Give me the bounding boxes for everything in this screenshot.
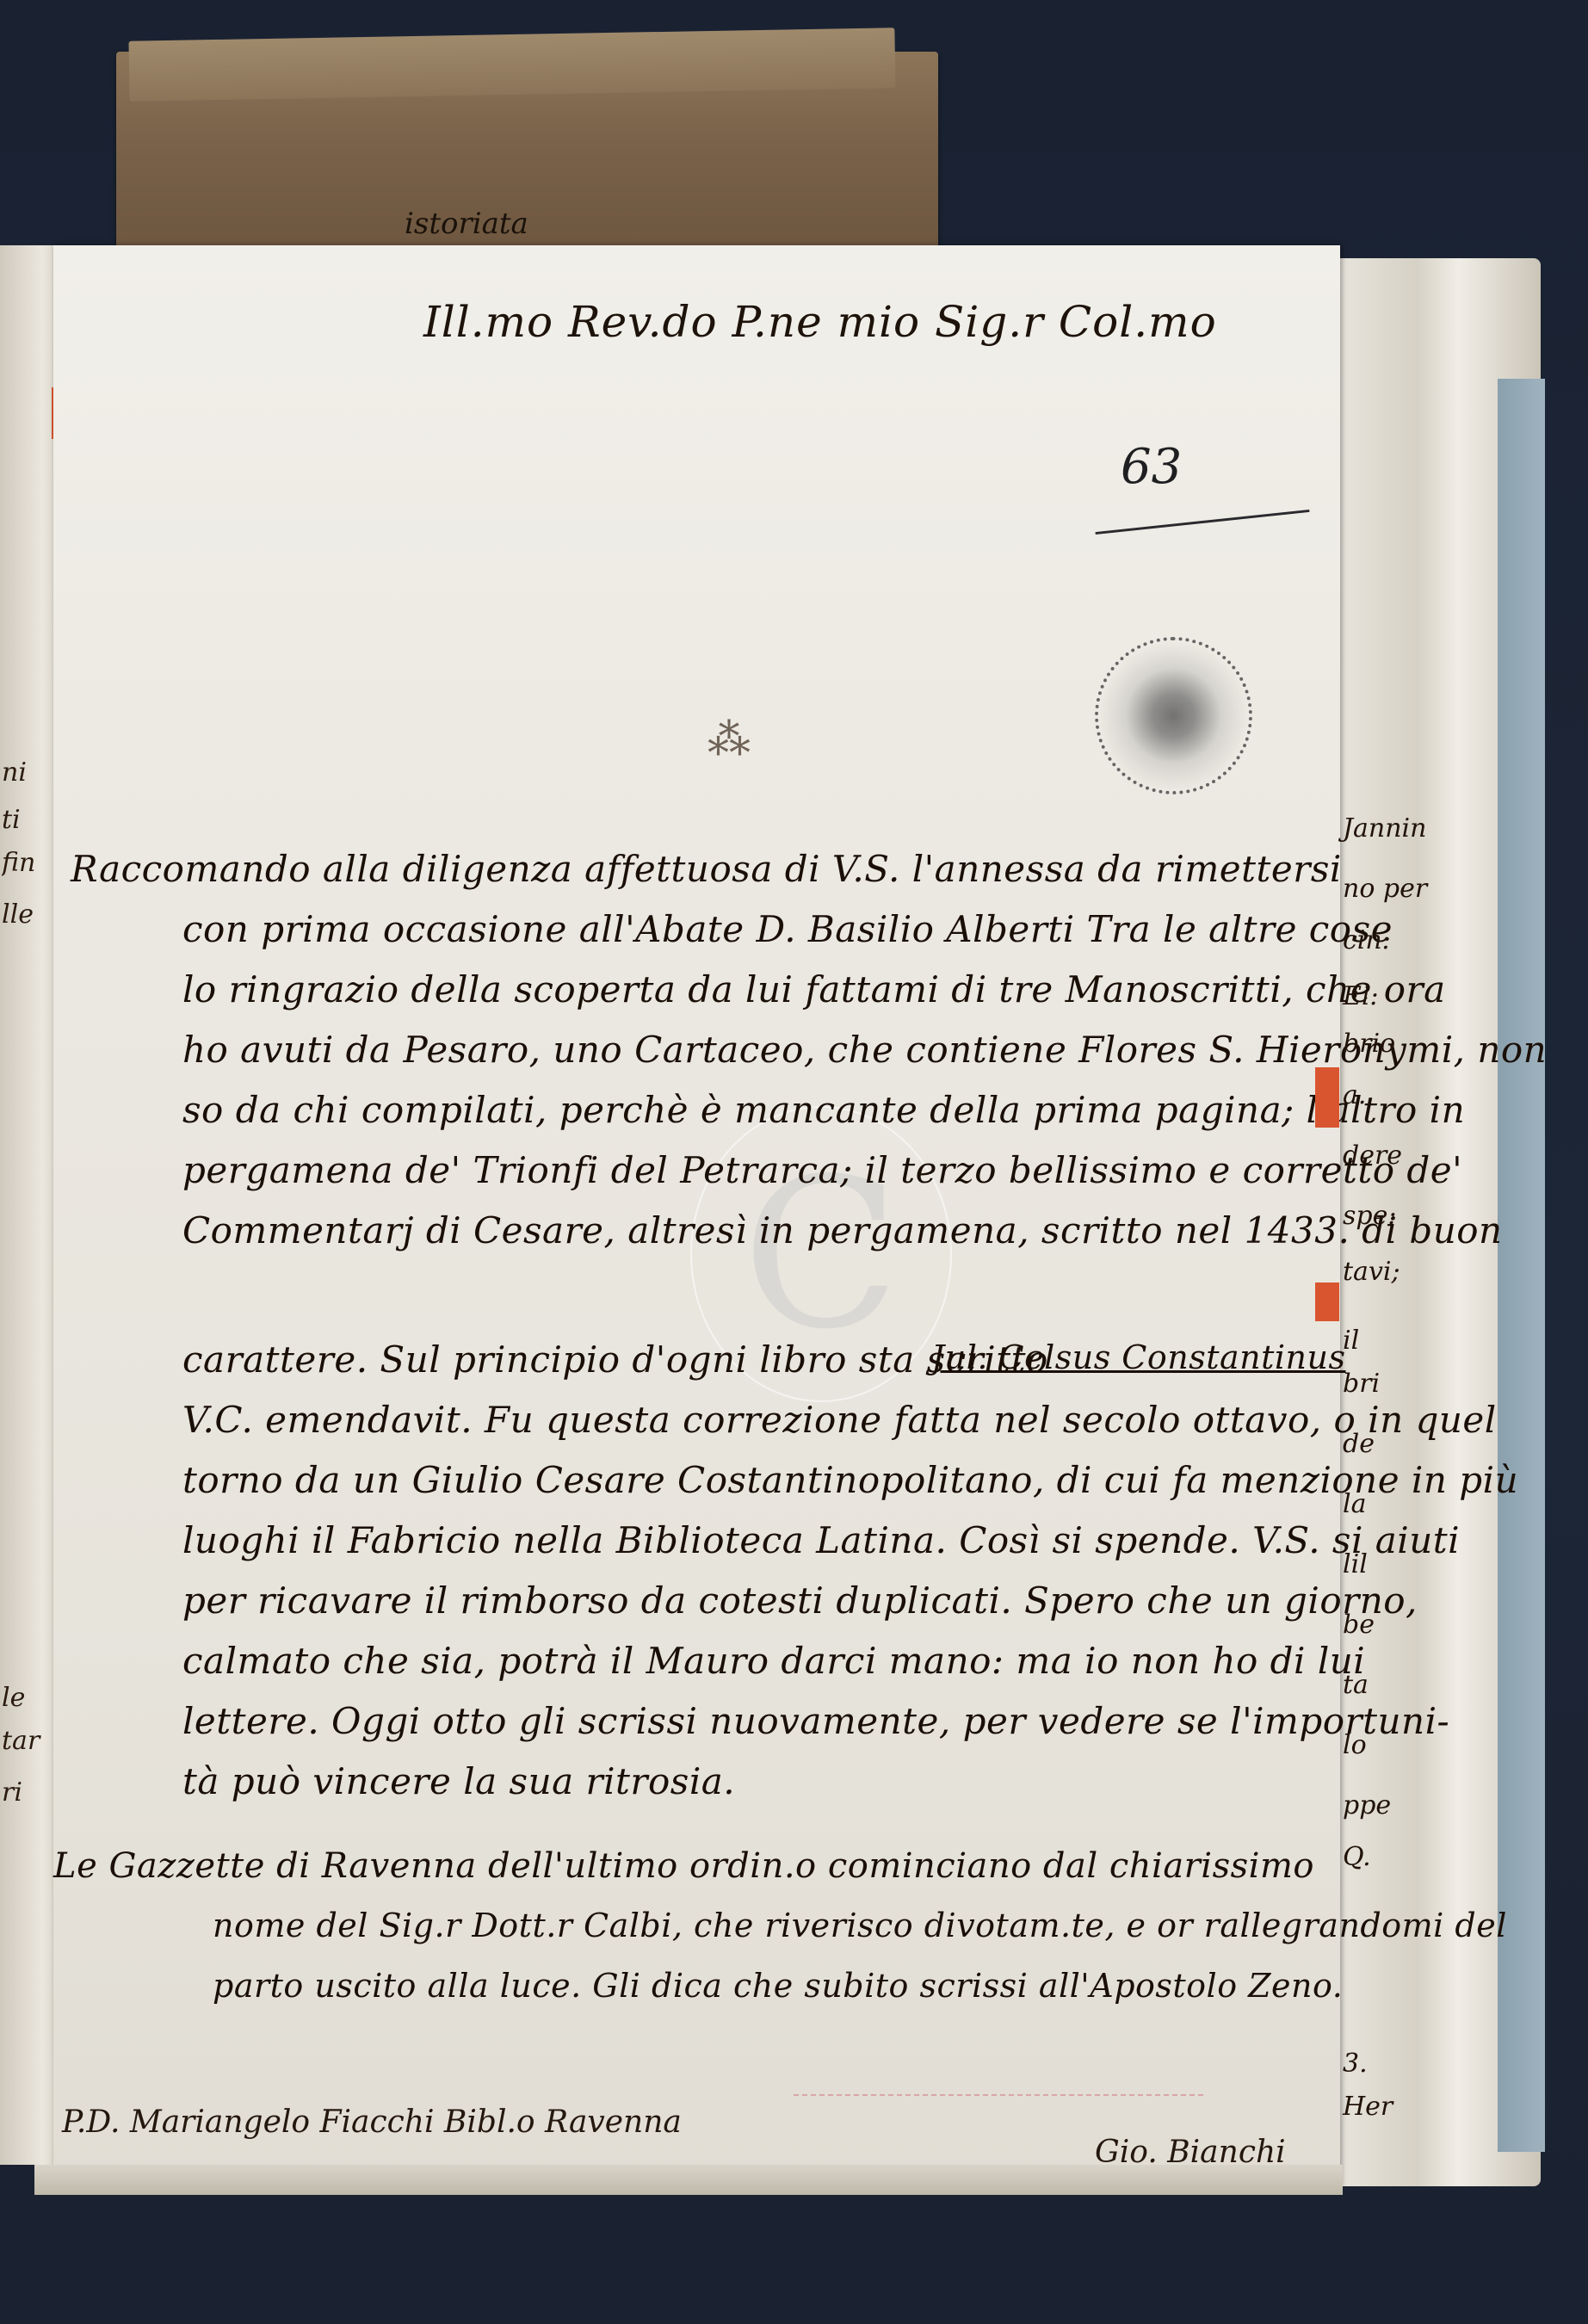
left-margin-fragment: le	[2, 1683, 59, 1713]
ink-blot: ⁂	[707, 714, 751, 764]
right-margin-fragment: brio	[1343, 1029, 1395, 1059]
folder-label: istoriata	[405, 207, 528, 241]
right-margin-fragment: la	[1343, 1489, 1366, 1519]
lower-page-edge	[34, 2165, 1343, 2195]
folio-underline	[1096, 510, 1310, 535]
left-margin-fragment: ni	[2, 757, 59, 788]
body-line: pergamena de' Trionfi del Petrarca; il t…	[182, 1149, 1462, 1191]
recipient-address: P.D. Mariangelo Fiacchi Bibl.o Ravenna	[62, 2105, 682, 2140]
left-margin-fragment: lle	[2, 899, 59, 930]
body-line: Raccomando alla diligenza affettuosa di …	[71, 848, 1342, 890]
body-line: Commentarj di Cesare, altresì in pergame…	[182, 1209, 1503, 1252]
body-line: con prima occasione all'Abate D. Basilio…	[182, 908, 1393, 950]
library-stamp	[1095, 637, 1252, 794]
right-margin-fragment: lo	[1343, 1730, 1367, 1760]
body-line: so da chi compilati, perchè è mancante d…	[182, 1089, 1465, 1131]
pink-ruled-line	[794, 2094, 1207, 2096]
left-margin-fragment: tar	[2, 1726, 59, 1756]
right-margin-fragment: il	[1343, 1326, 1359, 1356]
underlined-citation: Jul. Celsus Constantinus	[931, 1338, 1346, 1376]
right-margin-fragment: be	[1343, 1610, 1375, 1640]
right-margin-fragment: Her	[1343, 2092, 1393, 2122]
right-margin-fragment: tavi;	[1343, 1257, 1400, 1287]
right-margin-fragment: cin:	[1343, 925, 1391, 955]
body-line: luoghi il Fabricio nella Biblioteca Lati…	[182, 1519, 1460, 1561]
left-margin-fragment: ti	[2, 805, 59, 835]
left-margin-fragment: fin	[2, 848, 59, 878]
red-marker-tab	[1315, 1067, 1339, 1128]
right-margin-fragment: ta	[1343, 1670, 1369, 1700]
salutation: Ill.mo Rev.do P.ne mio Sig.r Col.mo	[423, 297, 1217, 347]
right-margin-fragment: dere	[1343, 1140, 1402, 1171]
right-margin-fragment: spe:	[1343, 1201, 1396, 1231]
right-margin-fragment: lil	[1343, 1549, 1368, 1579]
folio-number: 63	[1121, 439, 1182, 495]
blue-cover-edge	[1498, 379, 1545, 2152]
body-line: tà può vincere la sua ritrosia.	[182, 1760, 735, 1802]
body-line: lo ringrazio della scoperta da lui fatta…	[182, 968, 1446, 1011]
body-line: calmato che sia, potrà il Mauro darci ma…	[182, 1640, 1365, 1682]
paragraph-line: nome del Sig.r Dott.r Calbi, che riveris…	[213, 1907, 1507, 1944]
body-line: torno da un Giulio Cesare Costantinopoli…	[182, 1459, 1518, 1501]
right-margin-fragment: ppe	[1343, 1790, 1391, 1820]
right-margin-fragment: bri	[1343, 1369, 1380, 1399]
right-margin-fragment: 3.	[1343, 2049, 1368, 2079]
body-line: lettere. Oggi otto gli scrissi nuovament…	[182, 1700, 1449, 1742]
paragraph-line: parto uscito alla luce. Gli dica che sub…	[213, 1967, 1343, 2005]
body-line: carattere. Sul principio d'ogni libro st…	[182, 1338, 1048, 1381]
right-margin-fragment: Jannin	[1343, 813, 1426, 844]
manuscript-scene: istoriata ni ti fin lle le tar ri Ill.mo…	[0, 0, 1588, 2324]
red-marker-tab	[1315, 1283, 1339, 1321]
left-margin-fragment: ri	[2, 1777, 59, 1808]
right-margin-fragment: no per	[1343, 874, 1427, 904]
body-line: V.C. emendavit. Fu questa correzione fat…	[182, 1399, 1497, 1441]
right-margin-fragment: Q.	[1343, 1842, 1371, 1872]
letter-page: Ill.mo Rev.do P.ne mio Sig.r Col.mo 63 ⁂…	[53, 245, 1340, 2186]
right-margin-fragment: de	[1343, 1429, 1375, 1459]
right-margin-fragment: a.	[1343, 1080, 1366, 1110]
body-line: per ricavare il rimborso da cotesti dupl…	[182, 1579, 1418, 1622]
paragraph-line: Le Gazzette di Ravenna dell'ultimo ordin…	[53, 1846, 1314, 1886]
right-margin-fragment: Ei:	[1343, 981, 1379, 1011]
